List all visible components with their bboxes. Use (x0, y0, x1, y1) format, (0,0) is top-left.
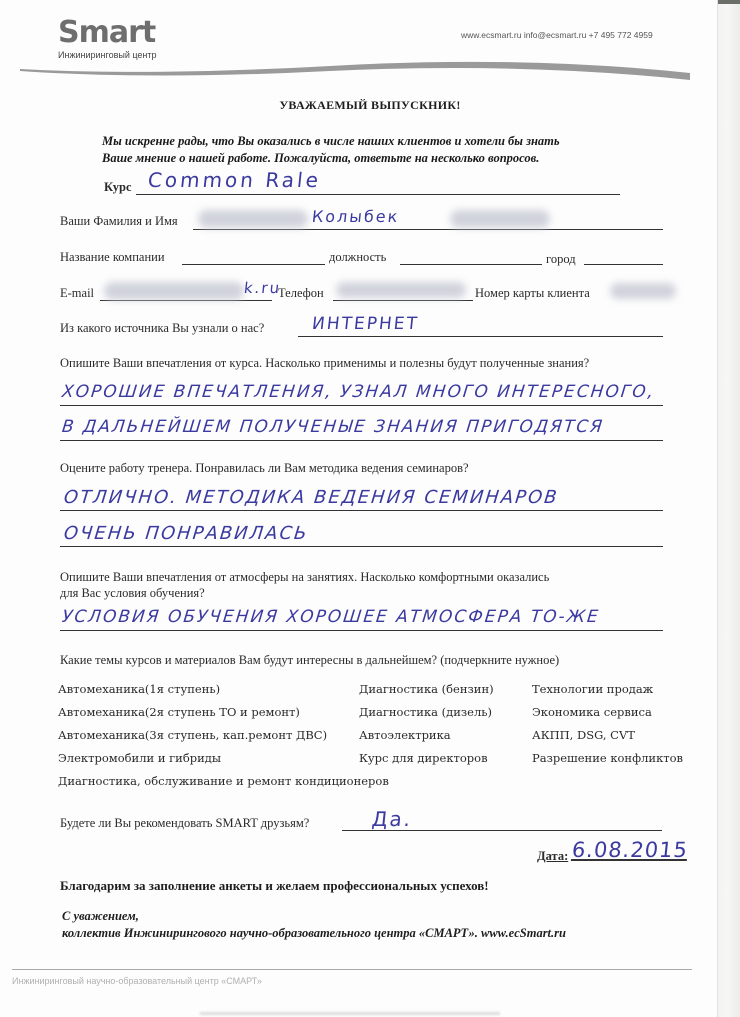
redacted-surname (198, 210, 308, 228)
topic-item[interactable]: Экономика сервиса (532, 705, 652, 719)
redacted-email (104, 282, 244, 300)
answer-underline (60, 405, 663, 406)
topic-item[interactable]: Диагностика (бензин) (359, 682, 494, 696)
name-label: Ваши Фамилия и Имя (60, 214, 178, 229)
header-contacts: www.ecsmart.ru info@ecsmart.ru +7 495 77… (461, 30, 653, 40)
question-course-impressions: Опишите Ваши впечатления от курса. Наско… (60, 356, 589, 371)
topic-item[interactable]: Диагностика, обслуживание и ремонт конди… (58, 774, 389, 788)
header-swoosh-decoration (0, 40, 700, 90)
topic-item[interactable]: Автомеханика(3я ступень, кап.ремонт ДВС) (58, 728, 327, 742)
topic-item[interactable]: Разрешение конфликтов (532, 751, 683, 765)
company-field[interactable] (182, 264, 325, 265)
answer-trainer-line-1[interactable]: ОТЛИЧНО. МЕТОДИКА ВЕДЕНИЯ СЕМИНАРОВ (63, 487, 560, 508)
phone-label: Телефон (278, 286, 324, 301)
answer-course-line-2[interactable]: В ДАЛЬНЕЙШЕМ ПОЛУЧЕНЫЕ ЗНАНИЯ ПРИГОДЯТСЯ (61, 417, 605, 437)
intro-line-2: Ваше мнение о нашей работе. Пожалуйста, … (102, 150, 560, 167)
recommend-field[interactable]: Да. (371, 807, 414, 831)
scan-page-edge (717, 0, 740, 1017)
course-label: Курс (104, 180, 132, 195)
form-title: УВАЖАЕМЫЙ ВЫПУСКНИК! (0, 98, 740, 113)
course-underline (136, 194, 620, 195)
question-atmosphere-line-1: Опишите Ваши впечатления от атмосферы на… (60, 569, 549, 585)
city-label: город (546, 252, 576, 267)
card-label: Номер карты клиента (475, 286, 590, 301)
footer-divider (12, 969, 692, 970)
redacted-card[interactable] (610, 283, 676, 299)
topic-item[interactable]: Электромобили и гибриды (58, 751, 221, 765)
topic-item[interactable]: Автомеханика(1я ступень) (58, 682, 220, 696)
regards-line-1: С уважением, (62, 908, 566, 925)
company-label: Название компании (60, 250, 165, 265)
intro-line-1: Мы искренне рады, что Вы оказались в чис… (102, 133, 560, 150)
question-trainer: Оцените работу тренера. Понравилась ли В… (60, 461, 469, 476)
answer-atmosphere[interactable]: УСЛОВИЯ ОБУЧЕНИЯ ХОРОШЕЕ АТМОСФЕРА ТО-ЖЕ (61, 607, 601, 627)
topic-item[interactable]: Диагностика (дизель) (359, 705, 492, 719)
redacted-phone (336, 282, 466, 298)
answer-underline (60, 440, 663, 441)
position-label: должность (329, 250, 386, 265)
scan-smudge (200, 1012, 500, 1015)
city-field[interactable] (584, 264, 663, 265)
answer-underline (60, 630, 663, 631)
form-intro: Мы искренне рады, что Вы оказались в чис… (102, 133, 560, 167)
regards-line-2: коллектив Инжинирингового научно-образов… (62, 925, 566, 942)
topic-item[interactable]: Автоэлектрика (359, 728, 451, 742)
phone-field[interactable] (333, 300, 473, 301)
source-label: Из какого источника Вы узнали о нас? (60, 321, 264, 336)
course-field[interactable]: Common Rale (147, 168, 323, 192)
email-underline (100, 300, 272, 301)
date-label: Дата: (537, 849, 568, 864)
footer-text: Инжиниринговый научно-образовательный це… (12, 976, 262, 986)
date-field[interactable]: 6.08.2015 (571, 838, 689, 862)
topic-item[interactable]: АКПП, DSG, CVT (532, 728, 635, 742)
thanks-message: Благодарим за заполнение анкеты и желаем… (60, 878, 489, 894)
email-label: E-mail (60, 286, 94, 301)
source-field[interactable]: ИНТЕРНЕТ (311, 314, 420, 334)
name-field[interactable]: Колыбек (311, 207, 400, 226)
source-underline (298, 336, 663, 337)
redacted-name (450, 210, 550, 228)
recommend-label: Будете ли Вы рекомендовать SMART друзьям… (60, 816, 309, 831)
question-atmosphere: Опишите Ваши впечатления от атмосферы на… (60, 569, 549, 601)
answer-underline (60, 510, 663, 511)
question-atmosphere-line-2: для Вас условия обучения? (60, 585, 549, 601)
answer-trainer-line-2[interactable]: ОЧЕНЬ ПОНРАВИЛАСЬ (63, 523, 310, 544)
position-field[interactable] (400, 264, 542, 265)
name-underline (193, 229, 663, 230)
email-field[interactable]: k.ru (243, 279, 282, 297)
topic-item[interactable]: Курс для директоров (359, 751, 488, 765)
topics-question: Какие темы курсов и материалов Вам будут… (60, 653, 559, 668)
answer-underline (60, 546, 663, 547)
topic-item[interactable]: Автомеханика(2я ступень ТО и ремонт) (58, 705, 300, 719)
topic-item[interactable]: Технологии продаж (532, 682, 653, 696)
scan-edge-shadow (718, 0, 740, 4)
regards-signature: С уважением, коллектив Инжинирингового н… (62, 908, 566, 942)
answer-course-line-1[interactable]: ХОРОШИЕ ВПЕЧАТЛЕНИЯ, УЗНАЛ МНОГО ИНТЕРЕС… (61, 382, 656, 402)
